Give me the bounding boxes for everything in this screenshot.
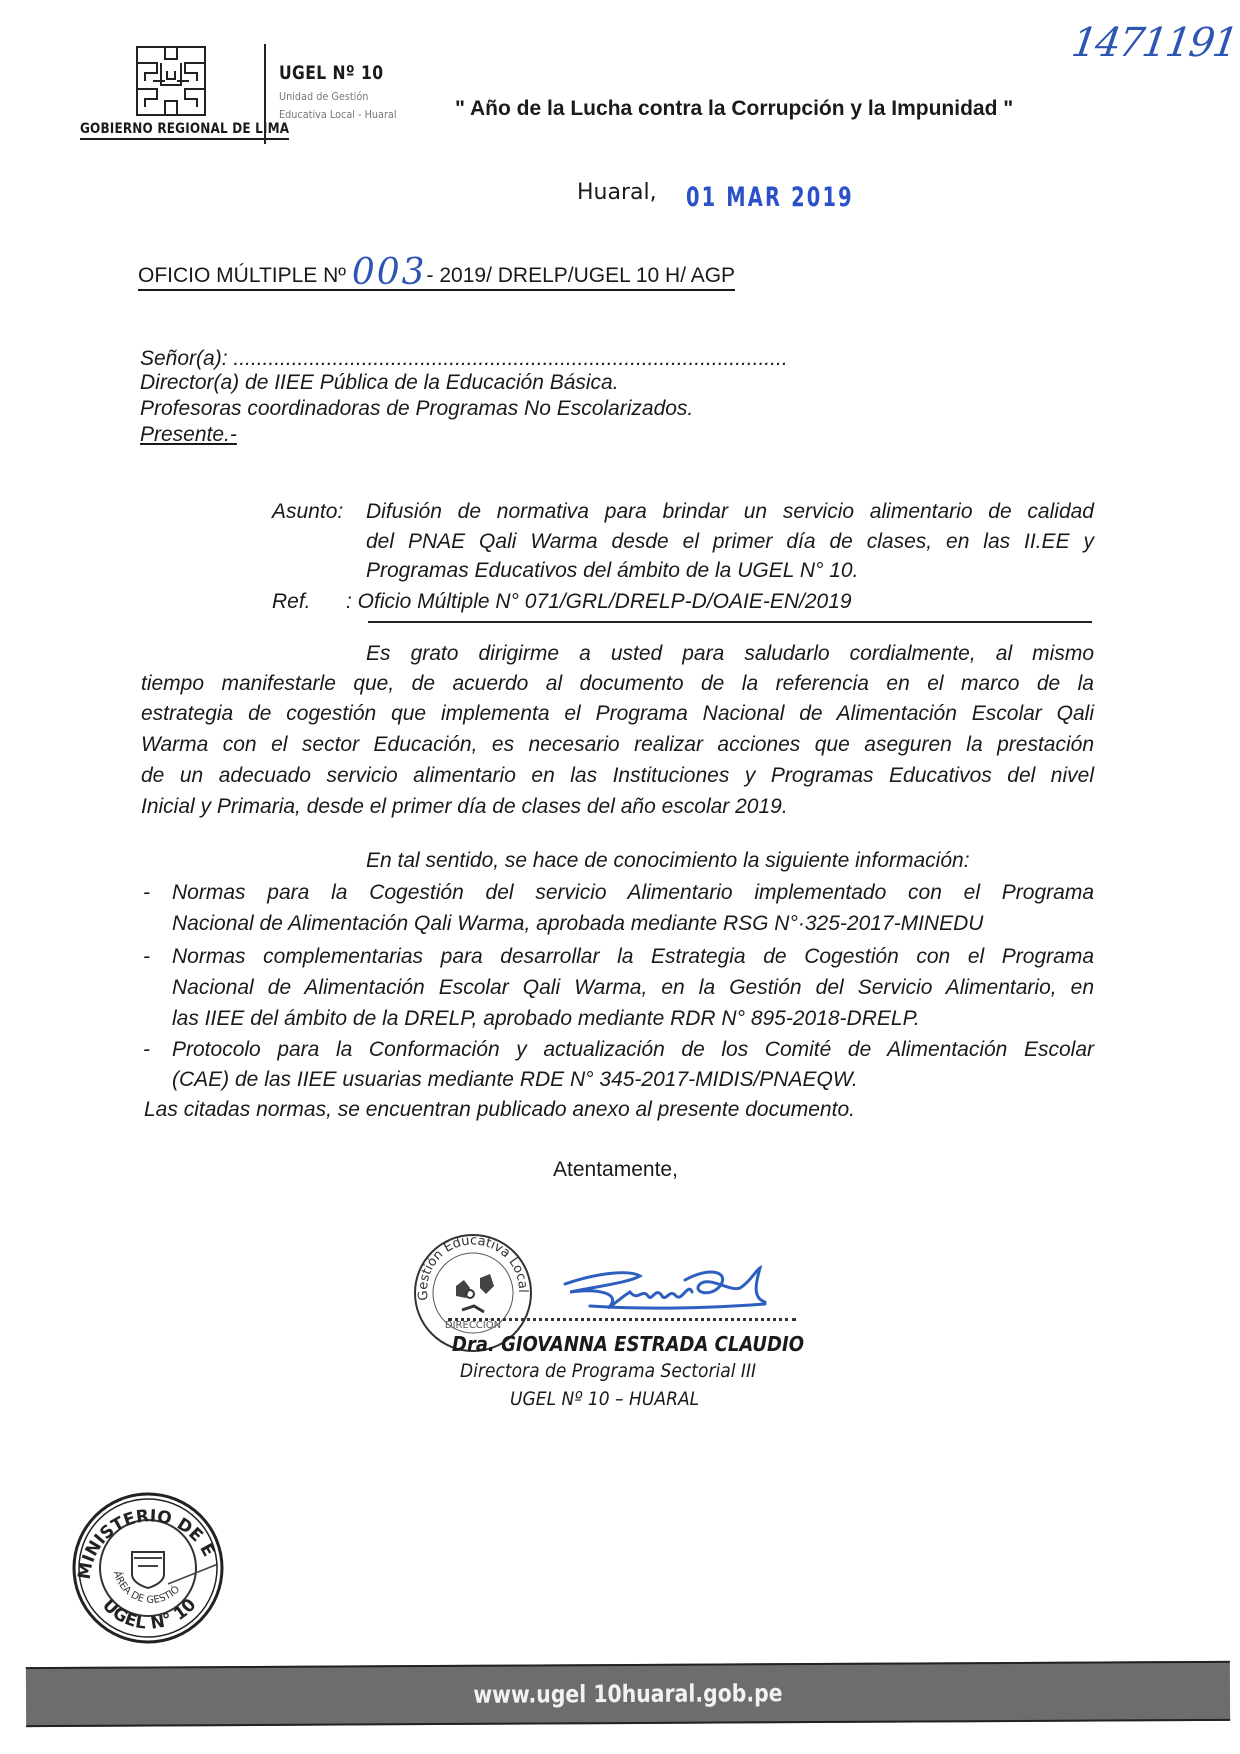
ugel-subtitle-1: Unidad de Gestión [279, 90, 368, 103]
bullet-marker: - [143, 881, 150, 905]
addressee-line-1: Señor(a): ..............................… [140, 347, 788, 371]
oficio-number-handwritten: 003 [352, 252, 427, 293]
body-line-3: estrategia de cogestión que implementa e… [141, 702, 1094, 726]
gobierno-regional-logo [135, 45, 207, 117]
subject-line-3: Programas Educativos del ámbito de la UG… [366, 559, 858, 583]
subject-label: Asunto: [272, 500, 343, 524]
footer-bar: www.ugel 10huaral.gob.pe [26, 1661, 1230, 1727]
addressee-line-3: Profesoras coordinadoras de Programas No… [140, 397, 693, 421]
reference-value: : Oficio Múltiple N° 071/GRL/DRELP-D/OAI… [346, 590, 852, 614]
oficio-prefix: OFICIO MÚLTIPLE Nº [138, 264, 352, 287]
bullet-3-line-1: Protocolo para la Conformación y actuali… [172, 1038, 1094, 1062]
bullet-marker: - [143, 945, 150, 969]
handwritten-registry-number: 1471191 [1069, 20, 1240, 66]
handwritten-signature-icon [560, 1262, 770, 1322]
body-line-6: Inicial y Primaria, desde el primer día … [141, 795, 788, 819]
year-motto: " Año de la Lucha contra la Corrupción y… [455, 97, 1013, 121]
logo-emblem-icon [135, 45, 207, 117]
salutation: Atentamente, [553, 1158, 678, 1182]
bullet-3-line-2: (CAE) de las IIEE usuarias mediante RDE … [172, 1068, 858, 1092]
signatory-title: Directora de Programa Sectorial III [460, 1360, 756, 1382]
place-label: Huaral, [577, 180, 657, 205]
bullet-marker: - [143, 1038, 150, 1062]
bullet-2-line-2: Nacional de Alimentación Escolar Qali Wa… [172, 976, 1094, 1000]
addressee-line-2: Director(a) de IIEE Pública de la Educac… [140, 371, 619, 395]
signatory-office: UGEL Nº 10 – HUARAL [510, 1388, 699, 1410]
closing-line: Las citadas normas, se encuentran public… [144, 1098, 855, 1122]
signature-line [448, 1318, 796, 1321]
subject-line-2: del PNAE Qali Warma desde el primer día … [366, 530, 1094, 554]
body-line-4: Warma con el sector Educación, es necesa… [141, 733, 1094, 757]
info-intro: En tal sentido, se hace de conocimiento … [366, 849, 970, 873]
body-line-5: de un adecuado servicio alimentario en l… [141, 764, 1094, 788]
bullet-1-line-2: Nacional de Alimentación Qali Warma, apr… [172, 912, 983, 936]
date-stamp: 01 MAR 2019 [686, 182, 854, 213]
ugel-title: UGEL Nº 10 [279, 62, 383, 84]
ugel-subtitle-2: Educativa Local - Huaral [279, 108, 397, 121]
body-line-1: Es grato dirigirme a usted para saludarl… [366, 642, 1094, 666]
bullet-2-line-1: Normas complementarias para desarrollar … [172, 945, 1094, 969]
oficio-reference: OFICIO MÚLTIPLE Nº 003- 2019/ DRELP/UGEL… [138, 258, 735, 291]
footer-website[interactable]: www.ugel 10huaral.gob.pe [473, 1679, 782, 1709]
oficio-suffix: - 2019/ DRELP/UGEL 10 H/ AGP [427, 264, 736, 287]
signatory-name: Dra. GIOVANNA ESTRADA CLAUDIO [452, 1332, 804, 1356]
bullet-1-line-1: Normas para la Cogestión del servicio Al… [172, 881, 1094, 905]
body-line-2: tiempo manifestarle que, de acuerdo al d… [141, 672, 1094, 696]
organization-name: GOBIERNO REGIONAL DE LIMA [80, 121, 289, 140]
subject-line-1: Difusión de normativa para brindar un se… [366, 500, 1094, 524]
subject-rule [368, 621, 1092, 623]
addressee-line-4: Presente.- [140, 423, 237, 447]
header-divider [264, 44, 266, 144]
ministry-seal-icon: MINISTERIO DE EDUCACIÓN UGEL N° 10 - Hua… [68, 1488, 228, 1648]
reference-label: Ref. [272, 590, 311, 614]
bullet-2-line-3: las IIEE del ámbito de la DRELP, aprobad… [172, 1007, 920, 1031]
